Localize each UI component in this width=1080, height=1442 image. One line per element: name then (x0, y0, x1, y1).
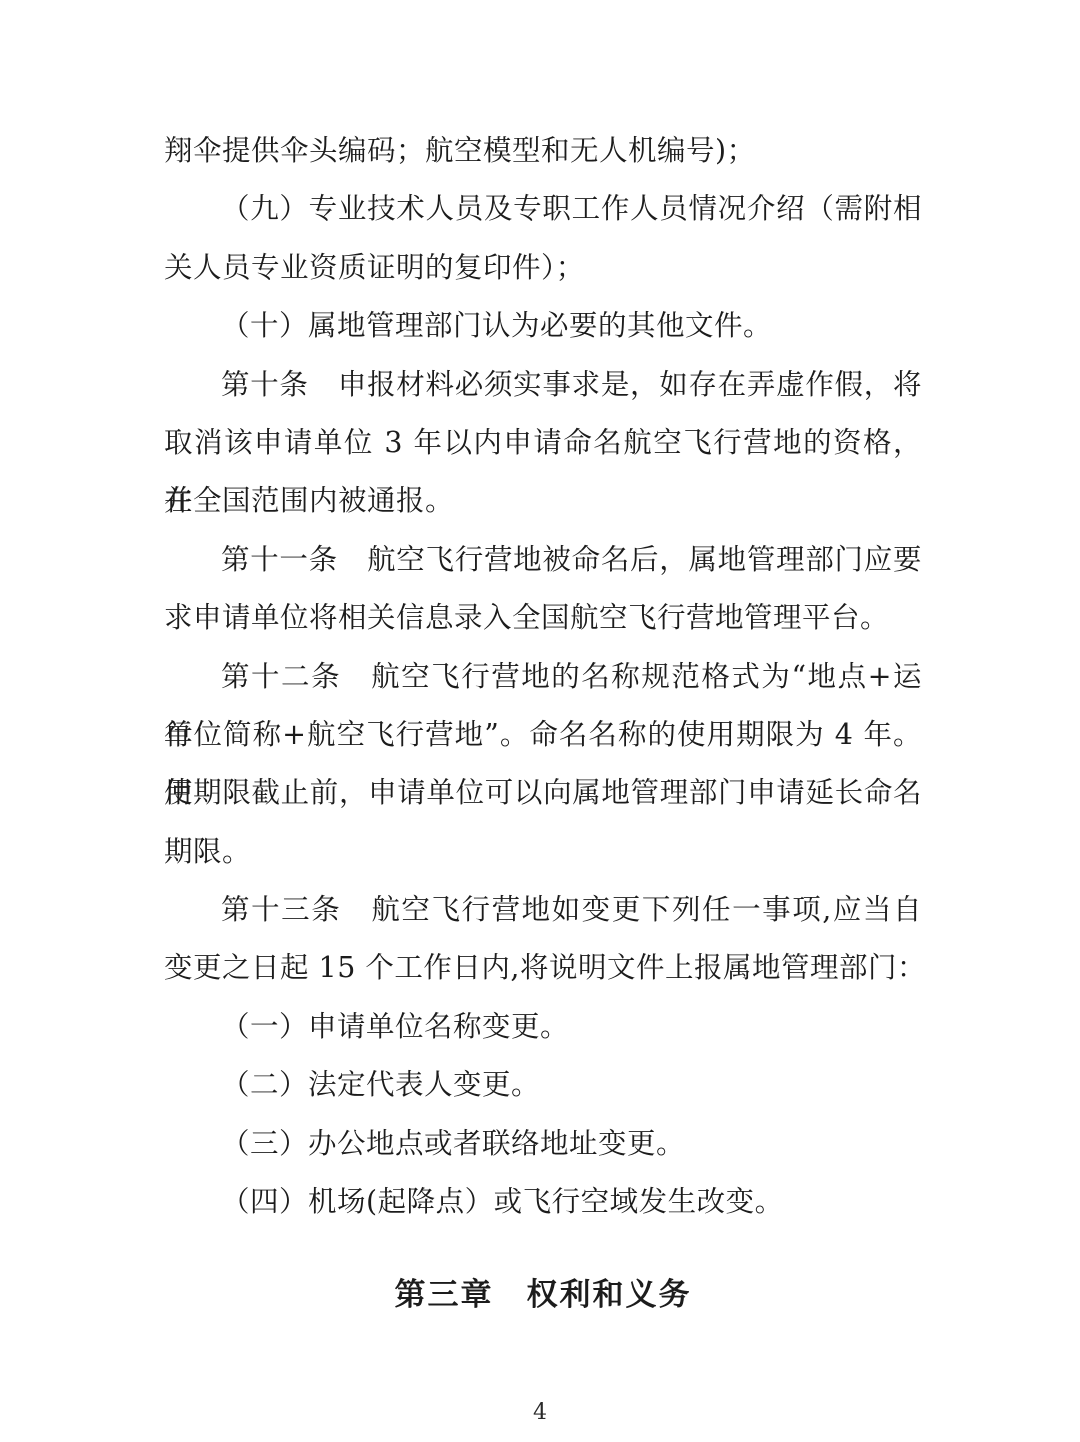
text-line: 第十条 申报材料必须实事求是，如存在弄虚作假，将 (164, 356, 922, 414)
text-line: 用期限截止前，申请单位可以向属地管理部门申请延长命名 (164, 764, 922, 822)
document-page: 翔伞提供伞头编码；航空模型和无人机编号)；（九）专业技术人员及专职工作人员情况介… (0, 0, 1080, 1442)
text-line: 第十三条 航空飞行营地如变更下列任一事项,应当自 (164, 881, 922, 939)
text-line: 在全国范围内被通报。 (164, 472, 922, 530)
text-line: 单位简称+航空飞行营地”。命名名称的使用期限为 4 年。使 (164, 706, 922, 764)
text-line: 取消该申请单位 3 年以内申请命名航空飞行营地的资格，并 (164, 414, 922, 472)
text-line: （一）申请单位名称变更。 (164, 998, 922, 1056)
text-line: 第十一条 航空飞行营地被命名后，属地管理部门应要 (164, 531, 922, 589)
text-line: 第十二条 航空飞行营地的名称规范格式为“地点+运行 (164, 648, 922, 706)
text-line: 关人员专业资质证明的复印件）； (164, 239, 922, 297)
text-line: 求申请单位将相关信息录入全国航空飞行营地管理平台。 (164, 589, 922, 647)
page-number: 4 (0, 1398, 1080, 1428)
chapter-heading: 第三章 权利和义务 (164, 1265, 922, 1325)
text-line: 期限。 (164, 823, 922, 881)
text-line: 变更之日起 15 个工作日内,将说明文件上报属地管理部门： (164, 939, 922, 997)
text-line: （四）机场(起降点）或飞行空域发生改变。 (164, 1173, 922, 1231)
text-line: （二）法定代表人变更。 (164, 1056, 922, 1114)
text-line: 翔伞提供伞头编码；航空模型和无人机编号)； (164, 122, 922, 180)
text-line: （九）专业技术人员及专职工作人员情况介绍（需附相 (164, 180, 922, 238)
page-body: 翔伞提供伞头编码；航空模型和无人机编号)；（九）专业技术人员及专职工作人员情况介… (164, 122, 922, 1325)
text-line: （三）办公地点或者联络地址变更。 (164, 1115, 922, 1173)
text-line: （十）属地管理部门认为必要的其他文件。 (164, 297, 922, 355)
body-text: 翔伞提供伞头编码；航空模型和无人机编号)；（九）专业技术人员及专职工作人员情况介… (164, 122, 922, 1231)
